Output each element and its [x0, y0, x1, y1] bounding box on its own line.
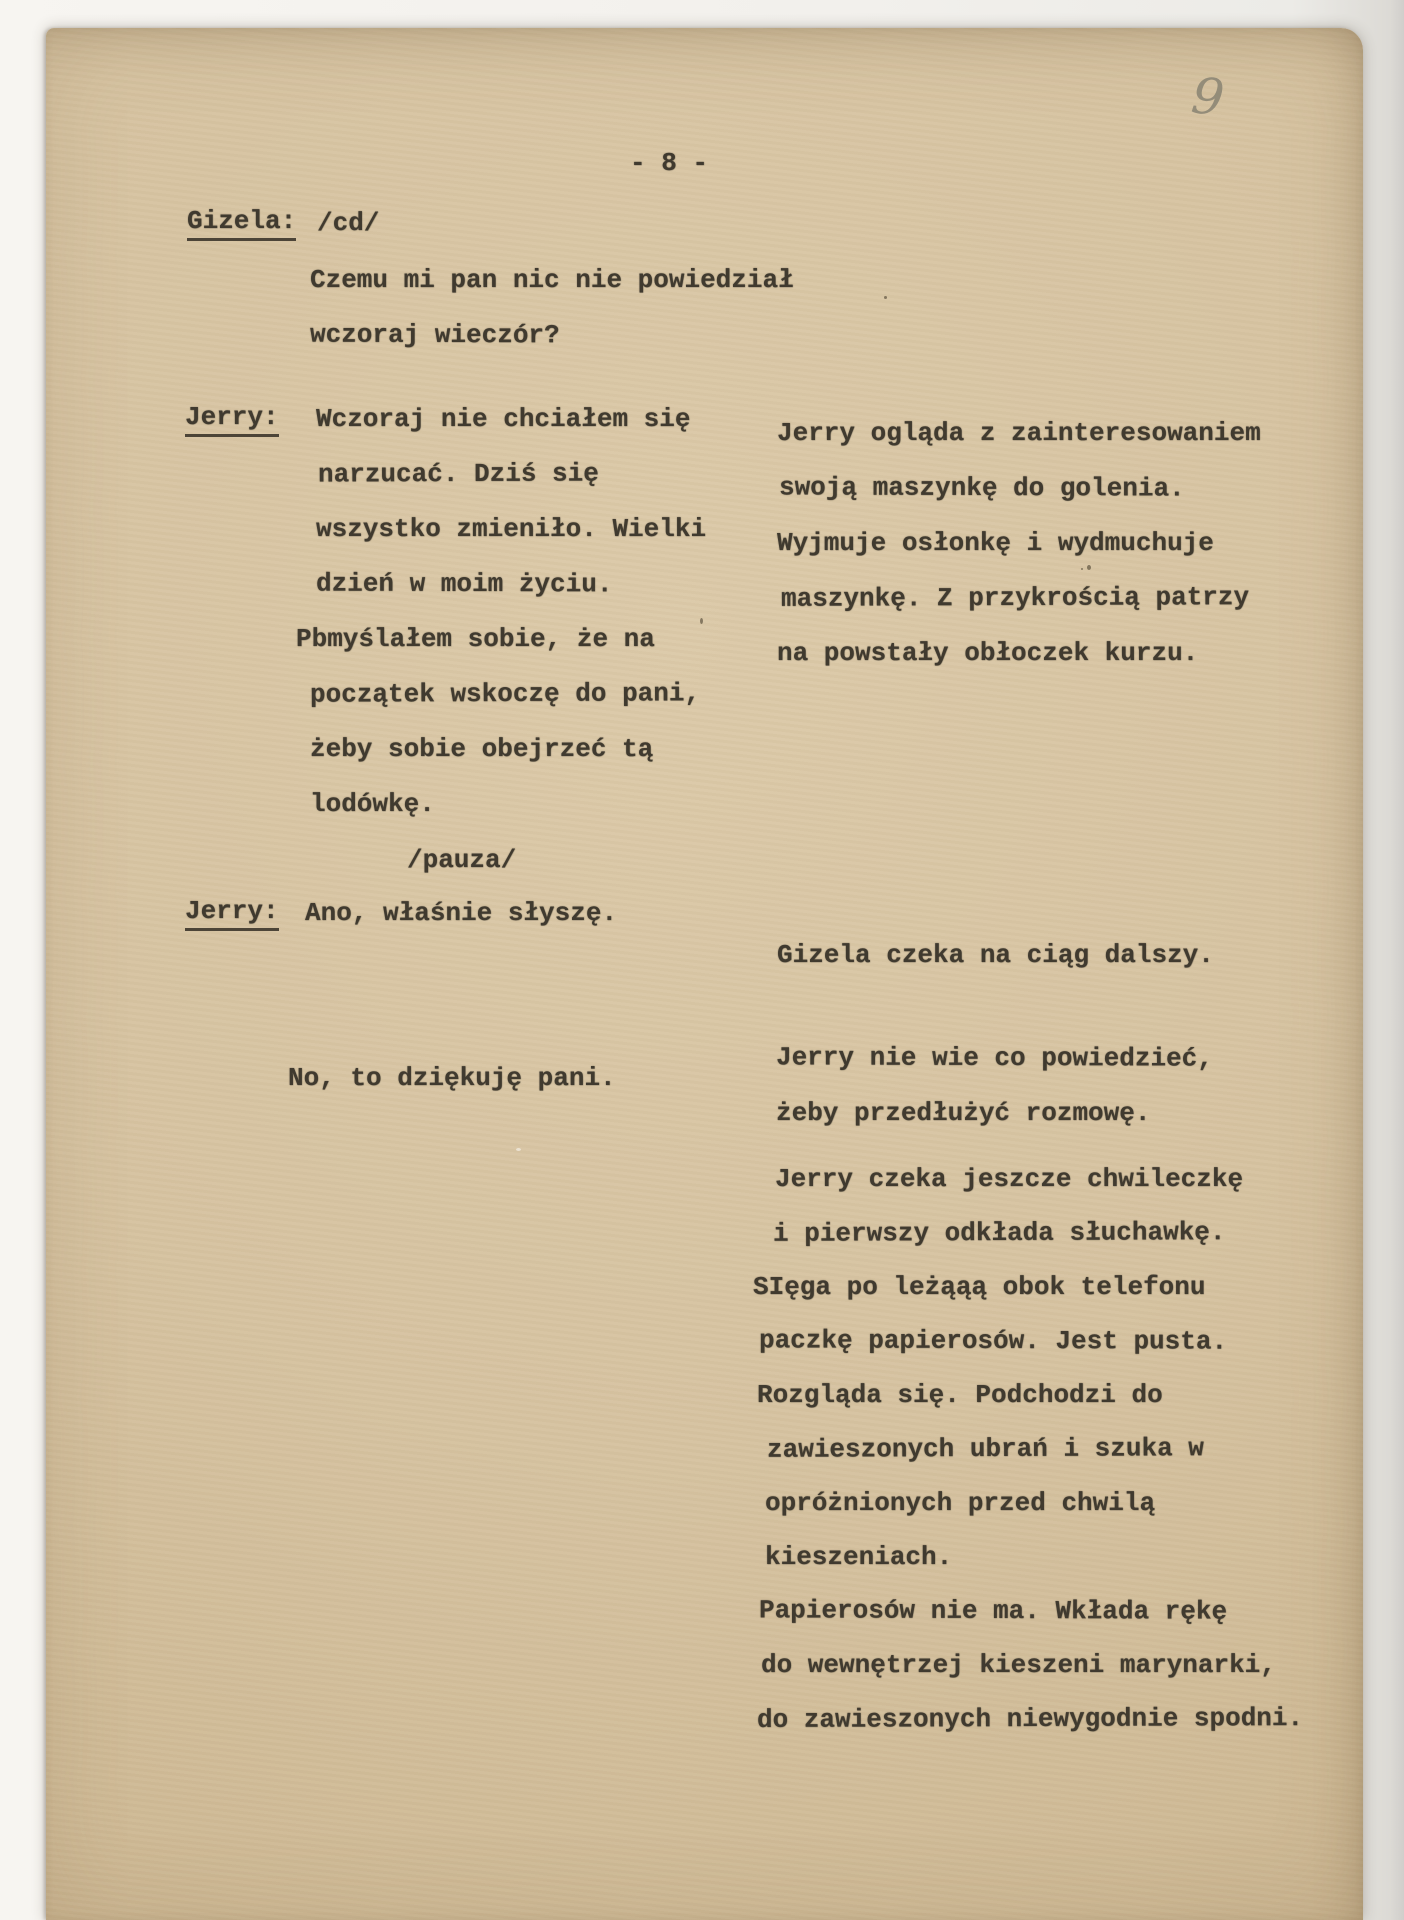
- stage-direction-line: maszynkę. Z przykrością patrzy: [781, 582, 1249, 614]
- dialogue-line: dzień w moim życiu.: [316, 569, 613, 600]
- page-number: - 8 -: [630, 148, 708, 178]
- dialogue-line: żeby sobie obejrzeć tą: [310, 734, 653, 764]
- stage-direction-line: opróżnionych przed chwilą: [765, 1488, 1155, 1518]
- scan-background: { "page": { "printed_page_number": "- 8 …: [0, 0, 1404, 1920]
- paper-speck: [1087, 565, 1091, 570]
- dialogue-line: No, to dziękuję pani.: [288, 1063, 616, 1093]
- stage-direction-line: i pierwszy odkłada słuchawkę.: [773, 1217, 1226, 1249]
- dialogue-line: wszystko zmieniło. Wielki: [316, 514, 706, 544]
- script-page: - 8 - Gizela: /cd/ Czemu mi pan nic nie …: [46, 28, 1363, 1920]
- dialogue-line: Pbmyślałem sobie, że na: [296, 624, 655, 654]
- stage-direction-line: Gizela czeka na ciąg dalszy.: [777, 940, 1214, 970]
- paper-speck: [884, 296, 887, 299]
- dialogue-line: początek wskoczę do pani,: [310, 678, 700, 709]
- stage-direction-line: żeby przedłużyć rozmowę.: [776, 1098, 1150, 1128]
- paper-speck: [516, 1148, 521, 1151]
- stage-direction-line: Papierosów nie ma. Wkłada rękę: [759, 1595, 1227, 1626]
- paper-speck: [1081, 568, 1083, 570]
- continuation-annotation: /cd/: [317, 208, 379, 238]
- speaker-label-jerry: Jerry:: [185, 896, 279, 931]
- stage-direction-line: Jerry czeka jeszcze chwileczkę: [775, 1164, 1243, 1194]
- paper-speck: [700, 618, 703, 624]
- dialogue-line: wczoraj wieczór?: [310, 320, 560, 351]
- stage-direction-line: Jerry ogląda z zainteresowaniem: [777, 418, 1261, 448]
- dialogue-line: Ano, właśnie słyszę.: [305, 898, 617, 928]
- pause-annotation: /pauza/: [407, 845, 516, 875]
- stage-direction-line: Rozgląda się. Podchodzi do: [757, 1380, 1163, 1410]
- speaker-label-jerry: Jerry:: [185, 402, 279, 437]
- stage-direction-line: do wewnętrzej kieszeni marynarki,: [761, 1650, 1276, 1680]
- stage-direction-line: kieszeniach.: [765, 1542, 952, 1572]
- dialogue-line: narzucać. Dziś się: [318, 459, 599, 490]
- stage-direction-line: zawieszonych ubrań i szuka w: [767, 1433, 1204, 1465]
- speaker-label-gizela: Gizela:: [187, 206, 296, 241]
- dialogue-line: lodówkę.: [310, 789, 435, 819]
- stage-direction-line: swoją maszynkę do golenia.: [779, 472, 1185, 503]
- dialogue-line: Wczoraj nie chciałem się: [316, 404, 690, 434]
- stage-direction-line: Jerry nie wie co powiedzieć,: [776, 1042, 1213, 1073]
- dialogue-line: Czemu mi pan nic nie powiedział: [310, 265, 794, 295]
- stage-direction-line: do zawieszonych niewygodnie spodni.: [757, 1703, 1303, 1735]
- stage-direction-line: Wyjmuje osłonkę i wydmuchuje: [777, 528, 1214, 558]
- stage-direction-line: paczkę papierosów. Jest pusta.: [759, 1325, 1227, 1356]
- stage-direction-line: na powstały obłoczek kurzu.: [777, 638, 1198, 668]
- stage-direction-line: SIęga po leżąąą obok telefonu: [753, 1272, 1205, 1302]
